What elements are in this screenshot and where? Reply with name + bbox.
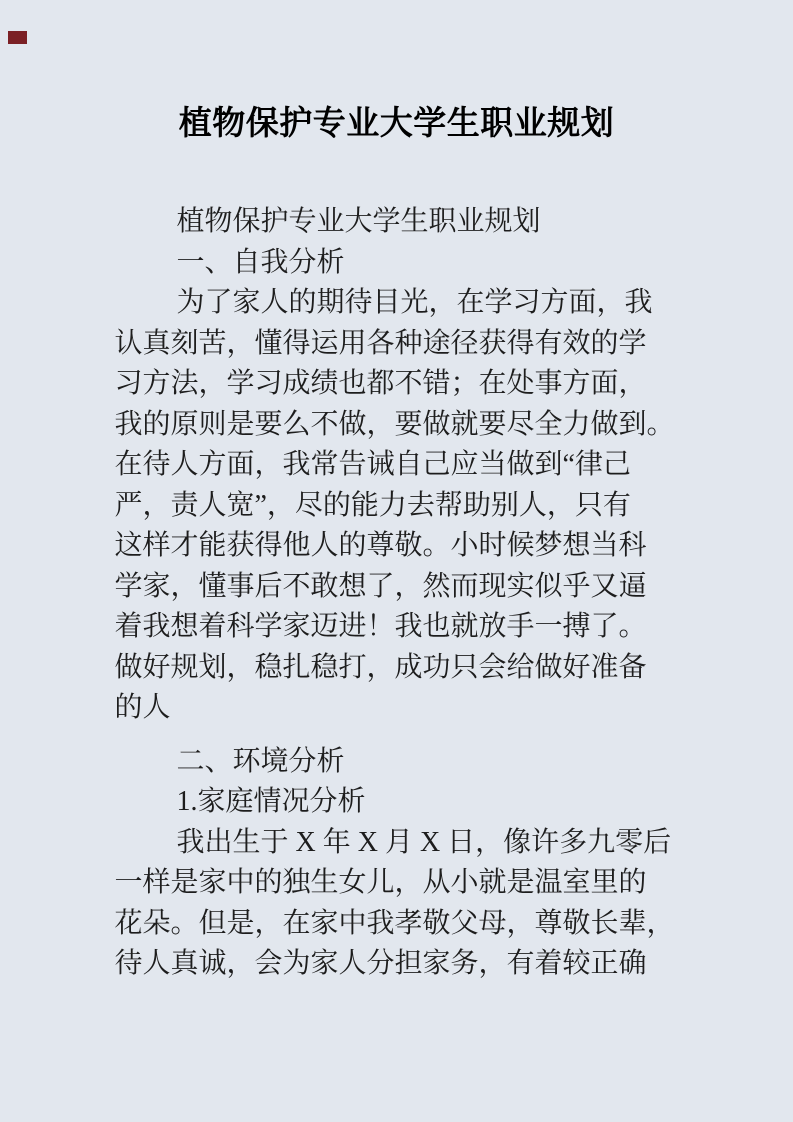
body-line: 为了家人的期待目光，在学习方面，我 xyxy=(115,283,679,324)
section-heading: 二、环境分析 xyxy=(115,742,679,783)
document-page: 植物保护专业大学生职业规划 植物保护专业大学生职业规划 一、自我分析 为了家人的… xyxy=(0,0,793,1122)
red-corner-marker xyxy=(8,31,27,44)
body-line: 我的原则是要么不做，要做就要尽全力做到。 xyxy=(115,405,679,446)
body-line: 我出生于 X 年 X 月 X 日，像许多九零后 xyxy=(115,823,679,864)
body-line: 一样是家中的独生女儿，从小就是温室里的 xyxy=(115,863,679,904)
body-line: 严，责人宽”，尽的能力去帮助别人，只有 xyxy=(115,486,679,527)
body-title-line: 植物保护专业大学生职业规划 xyxy=(115,202,679,243)
body-line: 认真刻苦，懂得运用各种途径获得有效的学 xyxy=(115,324,679,365)
body-line: 的人 xyxy=(115,688,679,729)
body-line: 学家，懂事后不敢想了，然而现实似乎又逼 xyxy=(115,567,679,608)
document-title: 植物保护专业大学生职业规划 xyxy=(0,0,793,146)
body-line: 着我想着科学家迈进！我也就放手一搏了。 xyxy=(115,607,679,648)
body-line: 做好规划，稳扎稳打，成功只会给做好准备 xyxy=(115,648,679,689)
body-line: 待人真诚，会为家人分担家务，有着较正确 xyxy=(115,944,679,985)
body-line: 习方法，学习成绩也都不错；在处事方面， xyxy=(115,364,679,405)
body-line: 花朵。但是，在家中我孝敬父母，尊敬长辈， xyxy=(115,904,679,945)
document-body: 植物保护专业大学生职业规划 一、自我分析 为了家人的期待目光，在学习方面，我 认… xyxy=(115,202,679,985)
body-line: 在待人方面，我常告诫自己应当做到“律己 xyxy=(115,445,679,486)
section-heading: 一、自我分析 xyxy=(115,243,679,284)
section-heading: 1.家庭情况分析 xyxy=(115,782,679,823)
body-line: 这样才能获得他人的尊敬。小时候梦想当科 xyxy=(115,526,679,567)
